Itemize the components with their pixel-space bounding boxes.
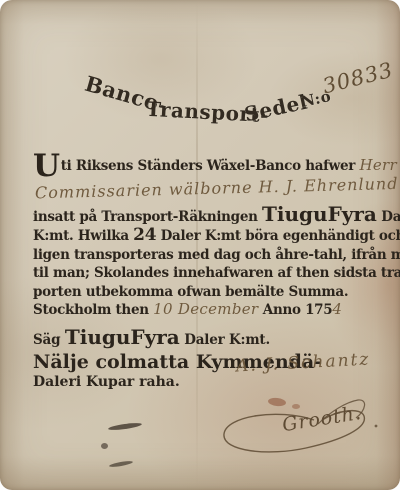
say-prefix: Säg: [33, 332, 65, 348]
main-paragraph: Uti Riksens Ständers Wäxel-Banco hafwer …: [33, 156, 369, 320]
body-line-6: til man; Skolandes innehafwaren af then …: [33, 264, 369, 283]
body-line-3: insatt på Transport-Räkningen TiuguFyra …: [33, 205, 369, 227]
body-line-4-post: Daler K:mt böra egenhändigt och tyde-: [156, 228, 400, 244]
say-suffix: Daler K:mt.: [180, 332, 270, 348]
say-amount-large: TiuguFyra: [65, 325, 180, 349]
depositor-name-handwritten: Commissarien wälborne H. J. Ehrenlund: [35, 176, 369, 203]
body-line-1: Uti Riksens Ständers Wäxel-Banco hafwer …: [33, 156, 369, 176]
body-line-3-post: Daler: [377, 209, 400, 225]
body-line-1-handwritten: Herr: [360, 156, 398, 174]
rust-stain: [292, 404, 300, 409]
ornate-initial: U: [33, 148, 60, 184]
body-line-5: ligen transporteras med dag och åhre-tah…: [33, 246, 369, 265]
amount-numeral: 24: [133, 225, 156, 245]
ink-smudge: [101, 443, 108, 449]
signature-block: Grooth.: [218, 390, 390, 468]
finnish-line-1: Nälje colmatta Kymmendä-A. J. Schantz: [33, 351, 373, 373]
say-line: Säg TiuguFyra Daler K:mt.: [33, 325, 373, 349]
place-date-printed: Stockholm then: [33, 302, 153, 318]
body-line-4-pre: K:mt. Hwilka: [33, 228, 133, 244]
date-handwritten: 10 December: [153, 300, 258, 318]
scanned-document: Banco- Transport- Sedel N:o 30833 Uti Ri…: [0, 0, 400, 490]
amount-section: Säg TiuguFyra Daler K:mt. Nälje colmatta…: [33, 325, 373, 390]
anno-printed: Anno 175: [258, 302, 332, 318]
body-line-4: K:mt. Hwilka 24 Daler K:mt böra egenhänd…: [33, 226, 369, 246]
body-line-1-printed: ti Riksens Ständers Wäxel-Banco hafwer: [61, 158, 355, 174]
body-line-3-pre: insatt på Transport-Räkningen: [33, 209, 262, 225]
amount-words-large: TiuguFyra: [262, 202, 377, 226]
finnish-line-2: Daleri Kupar raha.: [33, 374, 373, 390]
body-line-8: Stockholm then 10 December Anno 1754: [33, 300, 369, 320]
body-line-7: porten utbekomma ofwan bemälte Summa.: [33, 283, 369, 302]
year-digit-handwritten: 4: [332, 300, 342, 318]
